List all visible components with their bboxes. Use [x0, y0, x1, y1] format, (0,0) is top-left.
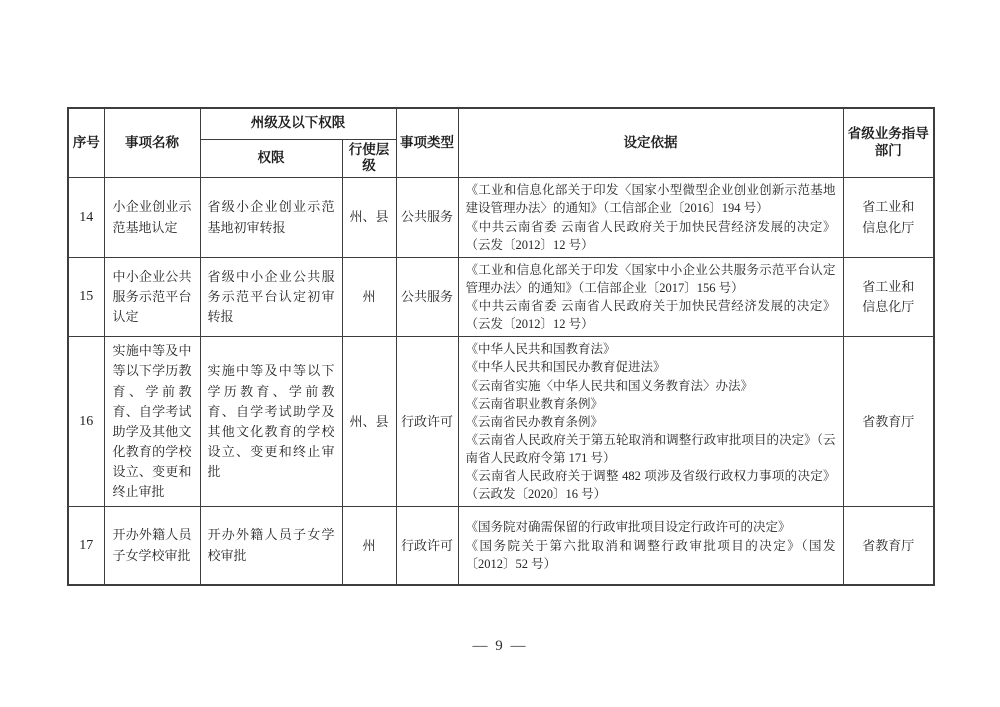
cell-authority: 省级小企业创业示范基地初审转报	[200, 178, 342, 258]
cell-serial: 14	[68, 178, 104, 258]
basis-entry: 《工业和信息化部关于印发〈国家小型微型企业创业创新示范基地建设管理办法〉的通知》…	[466, 181, 836, 217]
cell-dept: 省教育厅	[843, 507, 934, 585]
cell-item-type: 公共服务	[396, 257, 458, 337]
header-serial: 序号	[68, 108, 104, 178]
page-number: — 9 —	[0, 638, 1000, 655]
basis-entry: 《云南省人民政府关于第五轮取消和调整行政审批项目的决定》（云南省人民政府令第 1…	[466, 431, 836, 467]
basis-entry: 《中共云南省委 云南省人民政府关于加快民营经济发展的决定》（云发〔2012〕12…	[466, 297, 836, 333]
basis-entry: 《中共云南省委 云南省人民政府关于加快民营经济发展的决定》（云发〔2012〕12…	[466, 218, 836, 254]
cell-basis: 《中华人民共和国教育法》 《中华人民共和国民办教育促进法》 《云南省实施〈中华人…	[458, 337, 843, 507]
header-dept: 省级业务指导部门	[843, 108, 934, 178]
table-row: 14 小企业创业示范基地认定 省级小企业创业示范基地初审转报 州、县 公共服务 …	[68, 178, 934, 258]
cell-item-name: 中小企业公共服务示范平台认定	[104, 257, 200, 337]
cell-item-name: 实施中等及中等以下学历教育、学前教育、自学考试助学及其他文化教育的学校设立、变更…	[104, 337, 200, 507]
cell-dept: 省工业和信息化厅	[843, 178, 934, 258]
cell-exercise-level: 州、县	[342, 178, 396, 258]
basis-entry: 《云南省人民政府关于调整 482 项涉及省级行政权力事项的决定》（云政发〔202…	[466, 467, 836, 503]
table-row: 15 中小企业公共服务示范平台认定 省级中小企业公共服务示范平台认定初审转报 州…	[68, 257, 934, 337]
cell-serial: 16	[68, 337, 104, 507]
header-prefecture-group: 州级及以下权限	[200, 108, 396, 139]
cell-authority: 实施中等及中等以下学历教育、学前教育、自学考试助学及其他文化教育的学校设立、变更…	[200, 337, 342, 507]
cell-dept: 省教育厅	[843, 337, 934, 507]
cell-authority: 省级中小企业公共服务示范平台认定初审转报	[200, 257, 342, 337]
header-authority: 权限	[200, 139, 342, 178]
header-item-type: 事项类型	[396, 108, 458, 178]
cell-exercise-level: 州	[342, 257, 396, 337]
basis-entry: 《中华人民共和国教育法》	[466, 340, 836, 358]
basis-entry: 《云南省职业教育条例》	[466, 395, 836, 413]
cell-basis: 《工业和信息化部关于印发〈国家中小企业公共服务示范平台认定管理办法〉的通知》（工…	[458, 257, 843, 337]
cell-item-type: 行政许可	[396, 507, 458, 585]
authority-table: 序号 事项名称 州级及以下权限 事项类型 设定依据 省级业务指导部门 权限 行使…	[67, 107, 935, 586]
basis-entry: 《云南省民办教育条例》	[466, 413, 836, 431]
cell-serial: 17	[68, 507, 104, 585]
basis-entry: 《工业和信息化部关于印发〈国家中小企业公共服务示范平台认定管理办法〉的通知》（工…	[466, 261, 836, 297]
document-page: 序号 事项名称 州级及以下权限 事项类型 设定依据 省级业务指导部门 权限 行使…	[0, 0, 1000, 707]
basis-entry: 《国务院关于第六批取消和调整行政审批项目的决定》（国发〔2012〕52 号）	[466, 537, 836, 573]
cell-exercise-level: 州、县	[342, 337, 396, 507]
basis-entry: 《中华人民共和国民办教育促进法》	[466, 358, 836, 376]
table-row: 17 开办外籍人员子女学校审批 开办外籍人员子女学校审批 州 行政许可 《国务院…	[68, 507, 934, 585]
header-exercise-level: 行使层级	[342, 139, 396, 178]
cell-dept: 省工业和信息化厅	[843, 257, 934, 337]
basis-entry: 《云南省实施〈中华人民共和国义务教育法〉办法》	[466, 377, 836, 395]
cell-serial: 15	[68, 257, 104, 337]
cell-item-name: 小企业创业示范基地认定	[104, 178, 200, 258]
cell-item-type: 公共服务	[396, 178, 458, 258]
header-item-name: 事项名称	[104, 108, 200, 178]
cell-item-type: 行政许可	[396, 337, 458, 507]
header-basis: 设定依据	[458, 108, 843, 178]
cell-exercise-level: 州	[342, 507, 396, 585]
cell-authority: 开办外籍人员子女学校审批	[200, 507, 342, 585]
cell-basis: 《工业和信息化部关于印发〈国家小型微型企业创业创新示范基地建设管理办法〉的通知》…	[458, 178, 843, 258]
cell-item-name: 开办外籍人员子女学校审批	[104, 507, 200, 585]
cell-basis: 《国务院对确需保留的行政审批项目设定行政许可的决定》 《国务院关于第六批取消和调…	[458, 507, 843, 585]
table-row: 16 实施中等及中等以下学历教育、学前教育、自学考试助学及其他文化教育的学校设立…	[68, 337, 934, 507]
basis-entry: 《国务院对确需保留的行政审批项目设定行政许可的决定》	[466, 518, 836, 536]
